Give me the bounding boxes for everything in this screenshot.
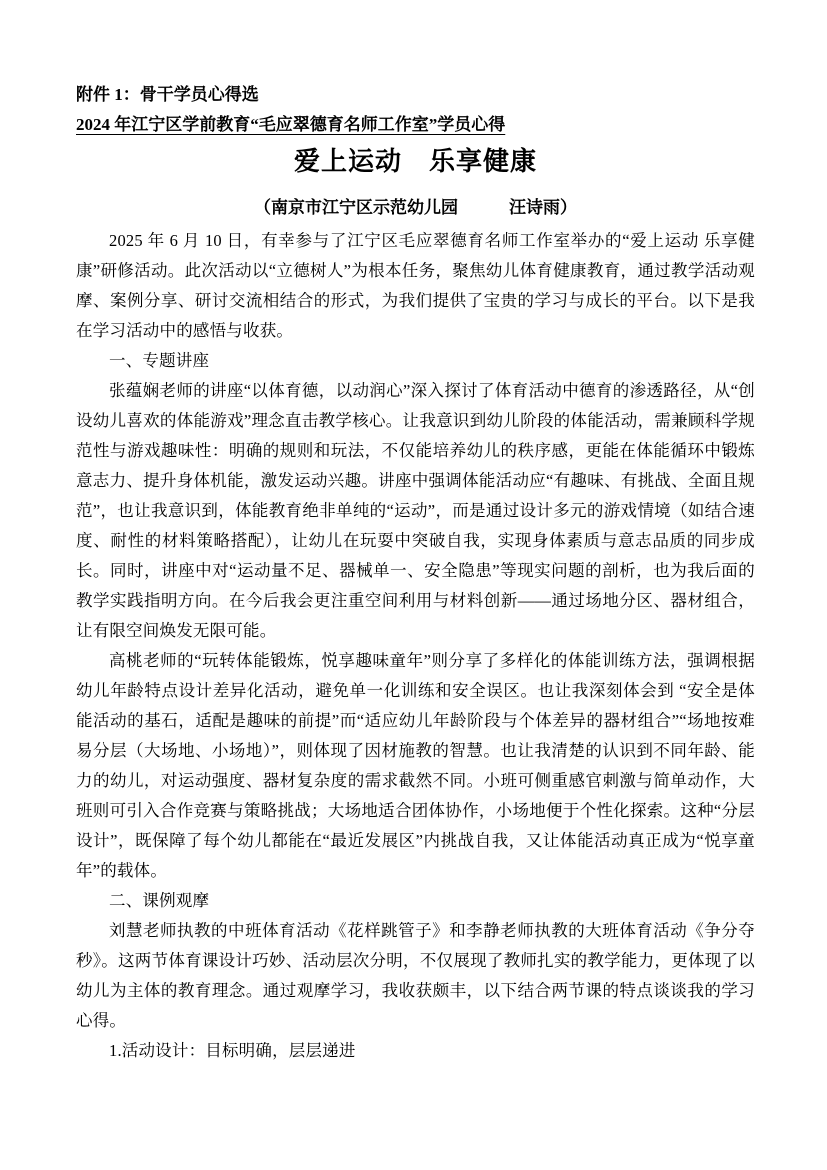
paragraph-intro: 2025 年 6 月 10 日，有幸参与了江宁区毛应翠德育名师工作室举办的“爱上…	[76, 226, 755, 346]
paragraph-observation-intro: 刘慧老师执教的中班体育活动《花样跳管子》和李静老师执教的大班体育活动《争分夺秒》…	[76, 916, 755, 1036]
document-page: 附件 1：骨干学员心得选 2024 年江宁区学前教育“毛应翠德育名师工作室”学员…	[0, 0, 827, 1170]
paragraph-lecture-zhang: 张蕴娴老师的讲座“以体育德，以动润心”深入探讨了体育活动中德育的渗透路径，从“创…	[76, 376, 755, 646]
document-title: 爱上运动 乐享健康	[76, 140, 755, 184]
subheading-activity-design: 1.活动设计：目标明确，层层递进	[76, 1036, 755, 1066]
document-subtitle: 2024 年江宁区学前教育“毛应翠德育名师工作室”学员心得	[76, 110, 755, 140]
attachment-label: 附件 1：骨干学员心得选	[76, 80, 755, 110]
section-heading-observation: 二、课例观摩	[76, 886, 755, 916]
document-body: 2025 年 6 月 10 日，有幸参与了江宁区毛应翠德育名师工作室举办的“爱上…	[76, 226, 755, 1066]
author-byline: （南京市江宁区示范幼儿园 汪诗雨）	[76, 190, 755, 226]
paragraph-lecture-gao: 高桃老师的“玩转体能锻炼，悦享趣味童年”则分享了多样化的体能训练方法，强调根据幼…	[76, 646, 755, 886]
section-heading-lecture: 一、专题讲座	[76, 346, 755, 376]
